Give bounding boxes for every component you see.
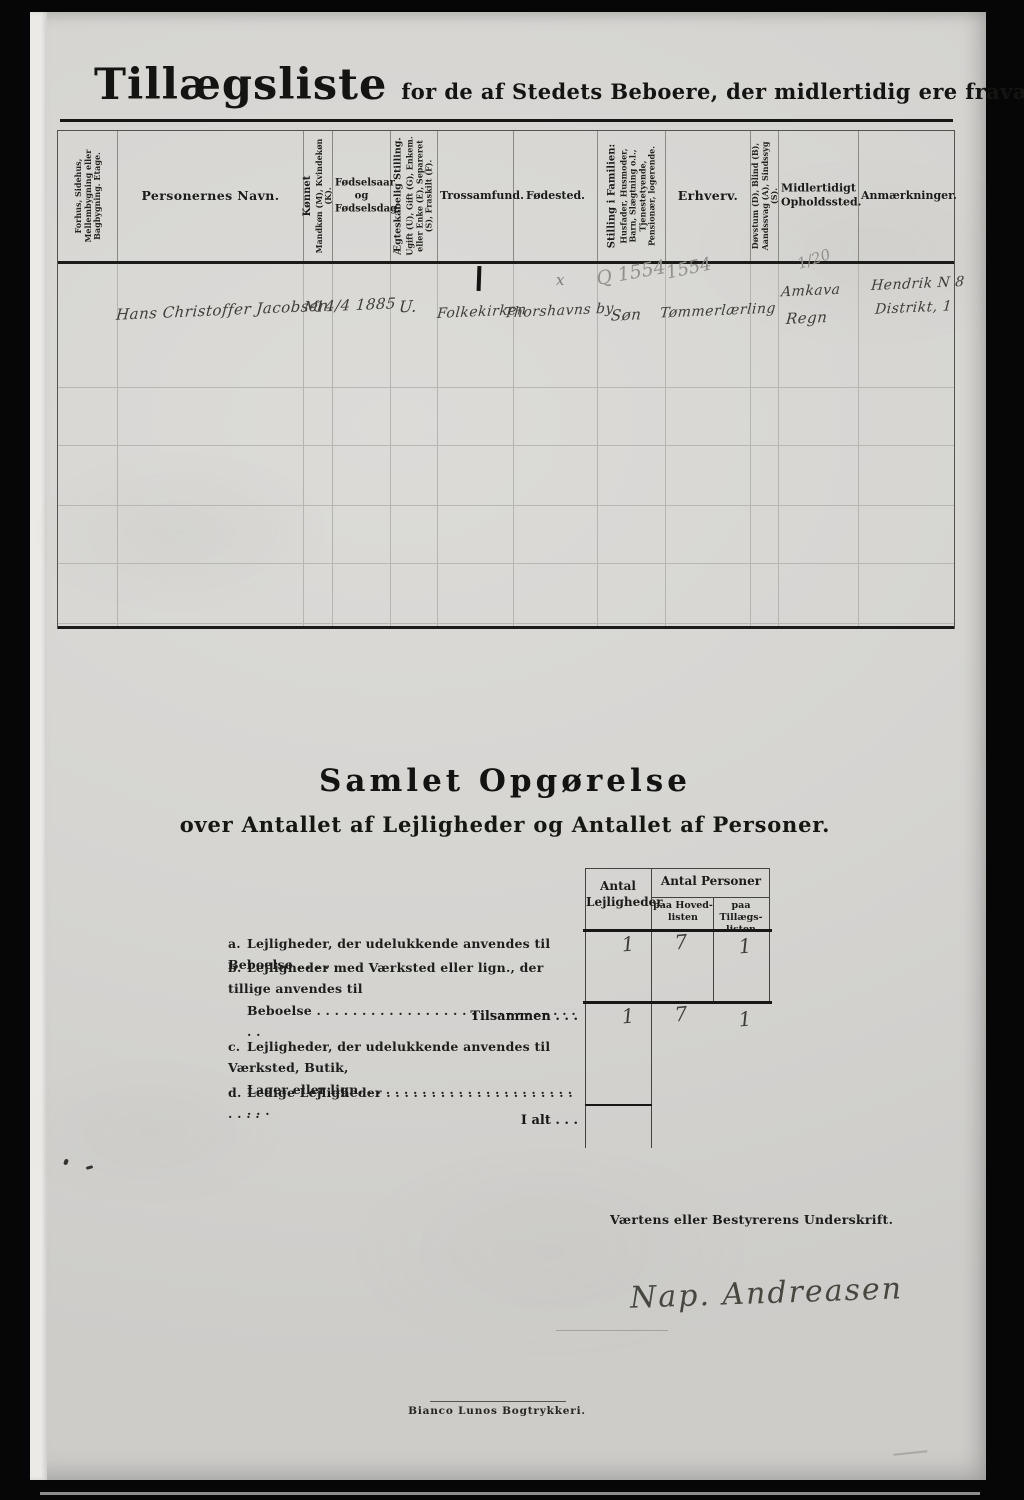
scanned-census-page: Tillægslistefor de af Stedets Beboere, d… bbox=[0, 0, 1024, 1500]
col-header-occupation: Erhverv. bbox=[666, 131, 751, 261]
summary-header-hoved-listen: listen bbox=[668, 912, 698, 923]
row-a-prefix: a. bbox=[228, 933, 247, 954]
title-rule bbox=[60, 119, 953, 122]
page-title: Tillægslistefor de af Stedets Beboere, d… bbox=[94, 60, 1024, 110]
col-header-birthplace: Fødested. bbox=[514, 131, 598, 261]
scan-bottom-edge bbox=[40, 1492, 980, 1495]
col-marital-label: Ægteskabelig Stilling. bbox=[394, 135, 405, 257]
summary-value-tilsammen-tillaegslisten: 1 bbox=[738, 1006, 753, 1031]
col-header-name: Personernes Navn. bbox=[118, 131, 304, 261]
col-name-label: Personernes Navn. bbox=[120, 188, 301, 204]
col-header-birthdate: Fødselsaar og Fødselsdag. bbox=[333, 131, 391, 261]
row-line bbox=[58, 623, 954, 624]
entry-remark-line2: Distrikt, 1 bbox=[874, 298, 952, 317]
summary-hline-short bbox=[585, 1104, 652, 1106]
col-disability-label: Døvstum (D), Blind (B), Aandssvag (A), S… bbox=[751, 135, 780, 257]
entry-birthdate: 14/4 1885 bbox=[314, 294, 396, 316]
scan-edge-strip bbox=[30, 12, 47, 1480]
col-building-label: Forhus, Sidehus, Mellembygning eller Bag… bbox=[74, 135, 103, 257]
summary-header-tillaegs-listen: listen bbox=[726, 924, 756, 935]
row-line bbox=[58, 445, 954, 446]
summary-hline-top bbox=[585, 868, 770, 869]
col-family-sub: Husfader, Husmoder, Barn, Slægtning o.l.… bbox=[619, 135, 657, 257]
printer-rule bbox=[430, 1401, 566, 1402]
summary-col-hovedlisten-header: paa Hoved- listen bbox=[653, 900, 713, 924]
col-header-faith: Trossamfund. bbox=[438, 131, 514, 261]
col-family-label: Stilling i Familien: bbox=[606, 135, 618, 257]
col-sex-label: Kønnet bbox=[302, 135, 314, 257]
entry-temporary-residence-line2: Regn bbox=[785, 308, 828, 328]
summary-col-personer-header: Antal Personer bbox=[653, 874, 769, 888]
table-header-row: Forhus, Sidehus, Mellembygning eller Bag… bbox=[58, 131, 954, 264]
signature-baseline bbox=[556, 1330, 668, 1331]
row-line bbox=[58, 505, 954, 506]
row-c-prefix: c. bbox=[228, 1036, 247, 1057]
col-birthplace-label: Fødested. bbox=[516, 189, 595, 203]
summary-title: Samlet Opgørelse bbox=[205, 763, 805, 799]
summary-subtitle: over Antallet af Lejligheder og Antallet… bbox=[155, 812, 855, 837]
summary-value-tilsammen-lejligheder: 1 bbox=[621, 1003, 636, 1028]
col-remarks-label: Anmærkninger. bbox=[861, 189, 952, 203]
col-header-family-position: Stilling i Familien:Husfader, Husmoder, … bbox=[598, 131, 666, 261]
col-header-remarks: Anmærkninger. bbox=[859, 131, 954, 261]
entry-marital-status: U. bbox=[398, 297, 418, 317]
summary-row-b: b.Lejligheder med Værksted eller lign., … bbox=[228, 957, 580, 1042]
summary-col-tillaegslisten-header: paa Tillægs- listen bbox=[713, 900, 769, 936]
col-header-sex: KønnetMandkøn (M), Kvindekøn (K). bbox=[304, 131, 333, 261]
pencil-mark-x: x bbox=[556, 271, 564, 289]
summary-ialt-label: I alt . . . bbox=[370, 1113, 578, 1128]
row-c-text-line1: Lejligheder, der udelukkende anvendes ti… bbox=[228, 1039, 550, 1075]
census-table: Forhus, Sidehus, Mellembygning eller Bag… bbox=[57, 130, 955, 629]
summary-value-a-hovedlisten: 7 bbox=[674, 929, 689, 954]
printer-imprint: Bianco Lunos Bogtrykkeri. bbox=[352, 1405, 642, 1417]
title-main: Tillægsliste bbox=[94, 60, 387, 110]
title-subtitle: for de af Stedets Beboere, der midlertid… bbox=[401, 79, 1024, 104]
col-header-marital: Ægteskabelig Stilling.Ugift (U), Gift (G… bbox=[391, 131, 438, 261]
col-residence-label: Midlertidigt Opholdssted. bbox=[781, 182, 856, 211]
col-birthdate-label: Fødselsaar og Fødselsdag. bbox=[335, 177, 388, 216]
summary-value-tilsammen-hovedlisten: 7 bbox=[674, 1001, 689, 1026]
row-line bbox=[58, 387, 954, 388]
summary-tilsammen-label: Tilsammen . . . bbox=[370, 1009, 578, 1024]
summary-value-a-lejligheder: 1 bbox=[621, 931, 636, 956]
summary-header-antal: Antal bbox=[600, 879, 636, 893]
col-header-disability: Døvstum (D), Blind (B), Aandssvag (A), S… bbox=[751, 131, 779, 261]
summary-col-lejligheder-header: Antal Lejligheder. bbox=[586, 878, 650, 910]
entry-temporary-residence-line1: Amkava bbox=[780, 282, 841, 301]
summary-header-tillaegs: paa Tillægs- bbox=[719, 900, 762, 923]
col-occupation-label: Erhverv. bbox=[668, 188, 748, 204]
row-b-text-line1: Lejligheder med Værksted eller lign., de… bbox=[228, 960, 544, 996]
summary-header-hoved: paa Hoved- bbox=[653, 900, 713, 911]
col-faith-label: Trossamfund. bbox=[440, 189, 511, 203]
summary-hline-subheader bbox=[651, 897, 770, 898]
col-header-building: Forhus, Sidehus, Mellembygning eller Bag… bbox=[58, 131, 118, 261]
entry-family-position: Søn bbox=[610, 305, 642, 324]
summary-vline bbox=[769, 868, 770, 1004]
row-line bbox=[58, 563, 954, 564]
row-d-prefix: d. bbox=[228, 1082, 247, 1103]
col-header-temporary-residence: Midlertidigt Opholdssted. bbox=[779, 131, 859, 261]
summary-value-a-tillaegslisten: 1 bbox=[738, 933, 753, 958]
signature-label: Værtens eller Bestyrerens Underskrift. bbox=[610, 1212, 893, 1227]
col-sex-sub: Mandkøn (M), Kvindekøn (K). bbox=[315, 135, 334, 257]
row-b-prefix: b. bbox=[228, 957, 247, 978]
summary-vline bbox=[651, 868, 652, 1148]
col-marital-sub: Ugift (U), Gift (G), Enkem. eller Enke (… bbox=[406, 135, 435, 257]
